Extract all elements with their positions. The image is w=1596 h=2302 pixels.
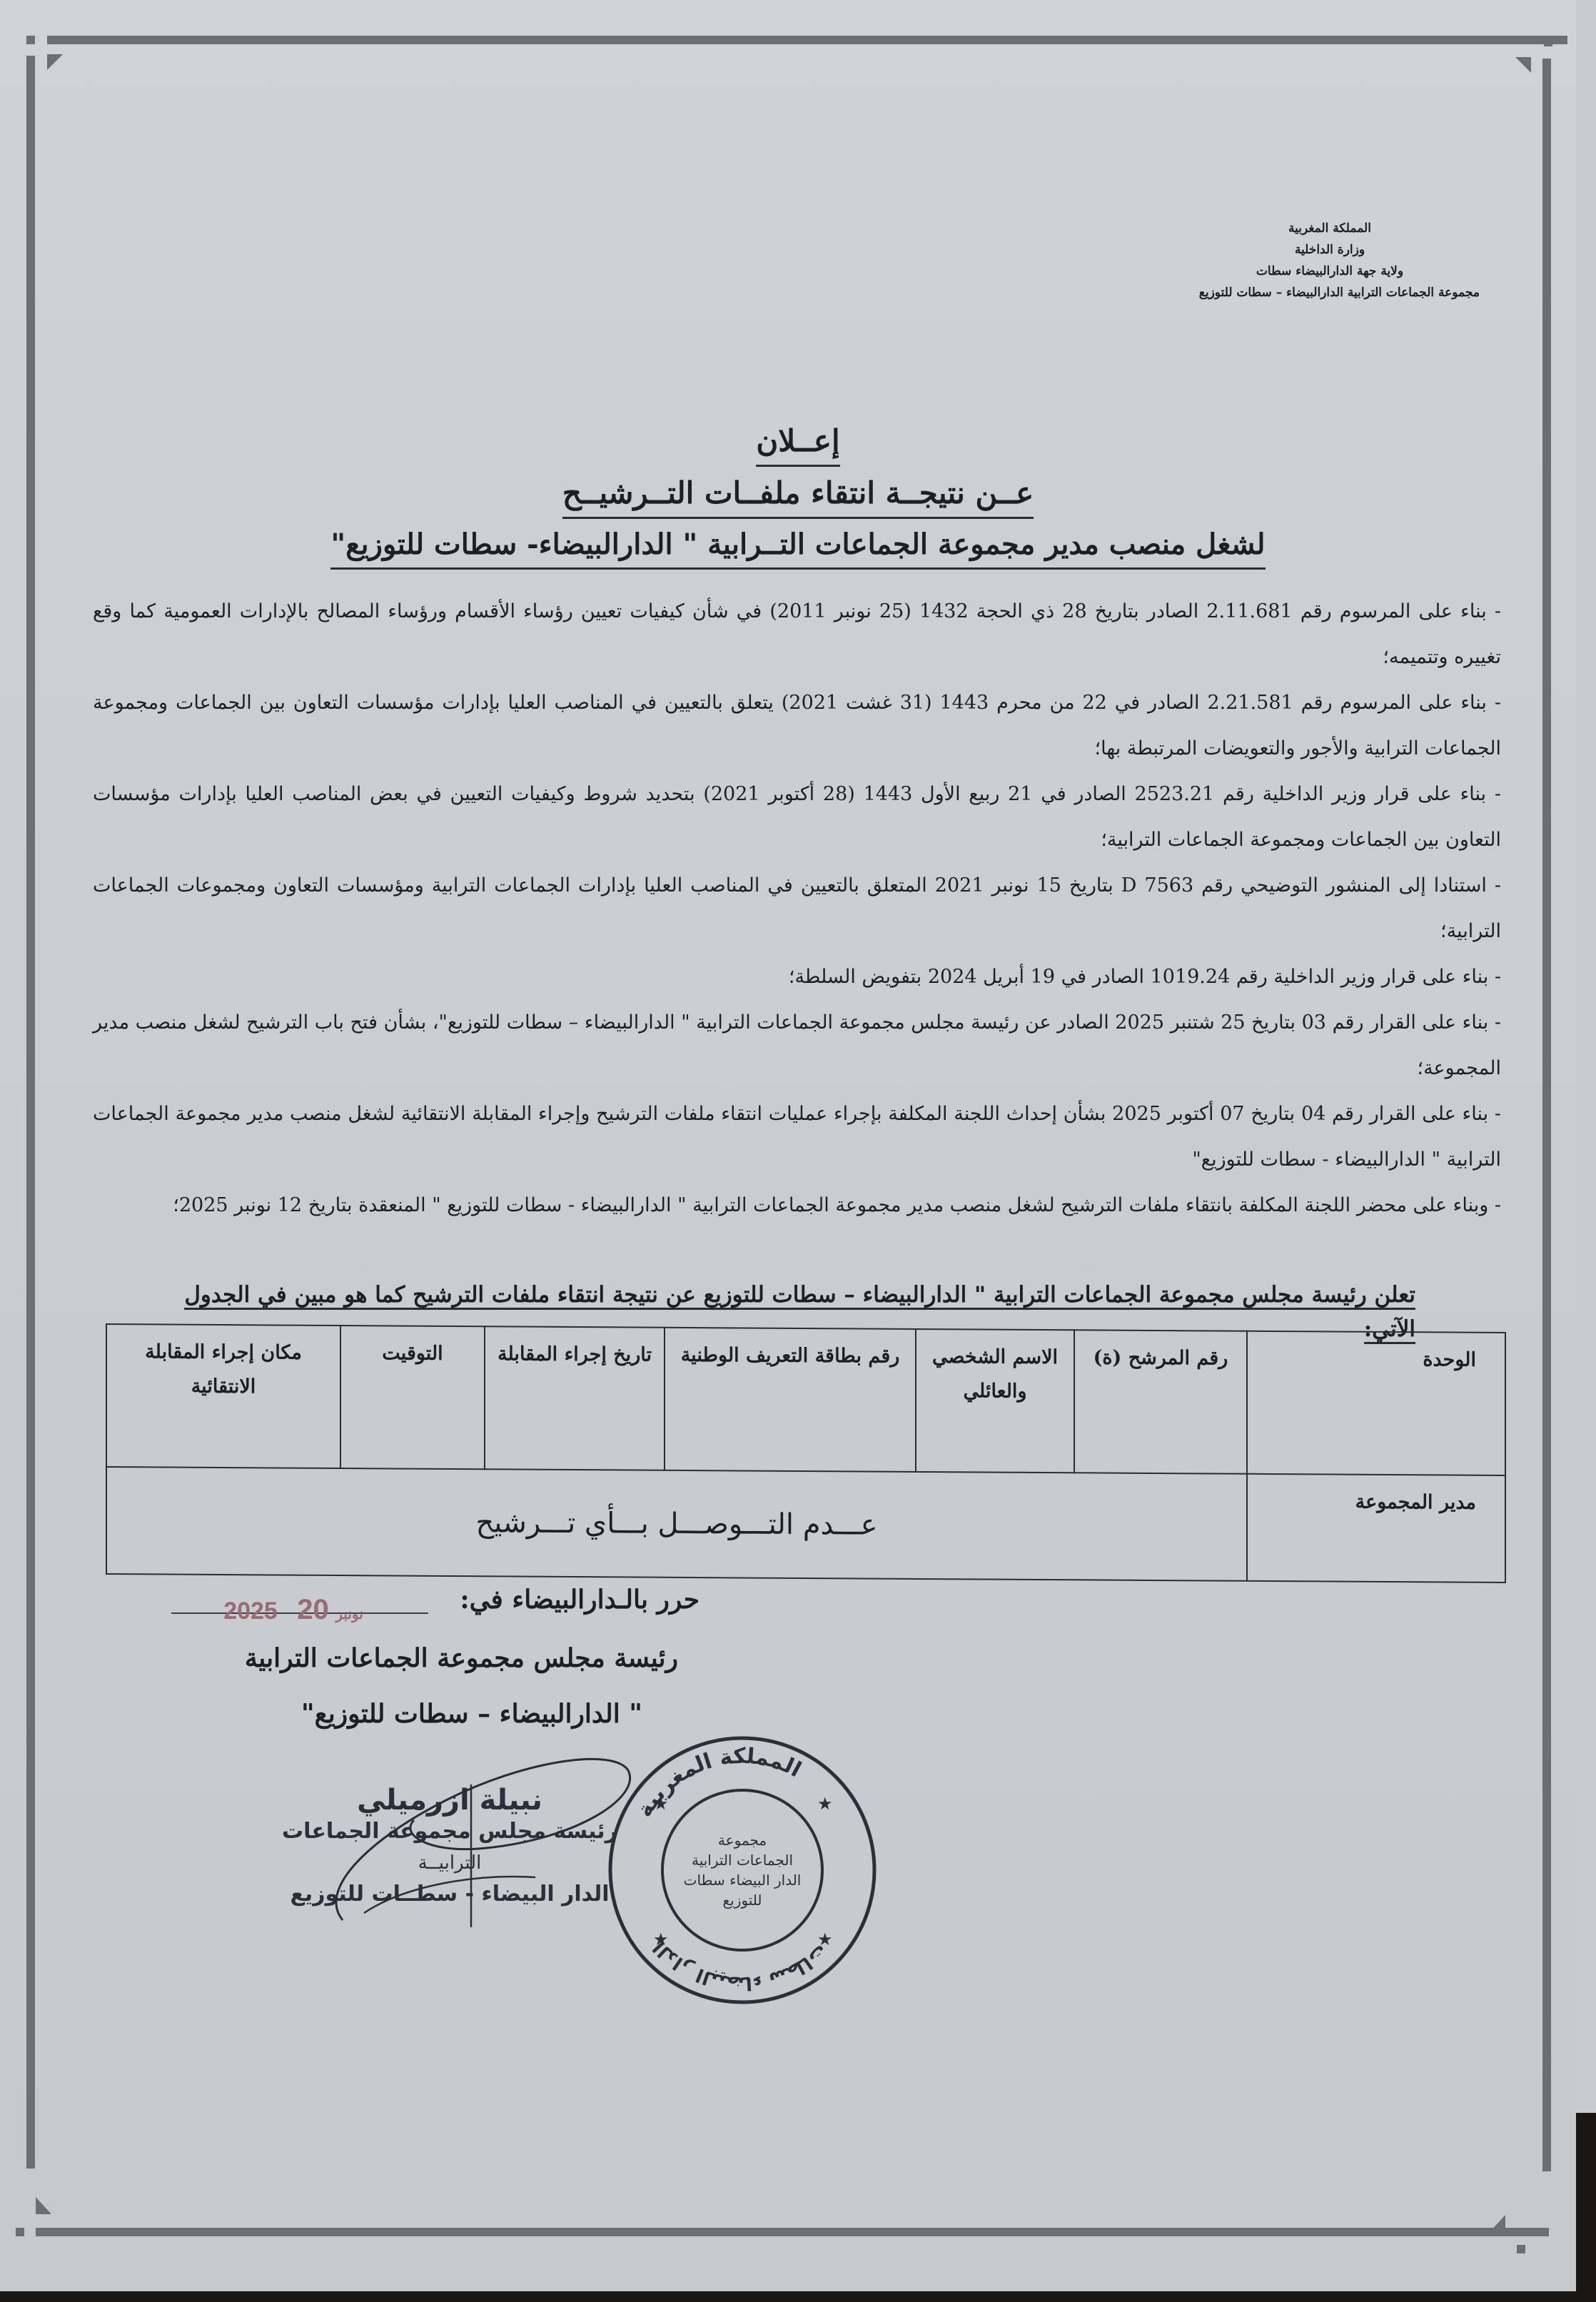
reference-paragraph: - بناء على قرار وزير الداخلية رقم 2523.2… bbox=[93, 772, 1501, 863]
issuer-header: المملكة المغربية وزارة الداخلية ولاية جه… bbox=[1180, 218, 1480, 303]
date-stamp-month: نونبر bbox=[335, 1607, 363, 1622]
frame-corner-triangle bbox=[47, 54, 63, 70]
reference-paragraph: - بناء على المرسوم رقم 2.21.581 الصادر ف… bbox=[93, 680, 1501, 772]
column-header-full-name: الاسم الشخصي والعائلي bbox=[916, 1329, 1074, 1473]
results-table: الوحدة رقم المرشح (ة) الاسم الشخصي والعا… bbox=[106, 1323, 1506, 1583]
photo-background-edge bbox=[1576, 2113, 1596, 2302]
date-stamp: 2025 نونبر 20 bbox=[171, 1584, 428, 1614]
table-row: مدير المجموعة عـــدم التـــوصـــل بـــأي… bbox=[106, 1467, 1505, 1582]
signed-at-label: حرر بالـدارالبيضاء في: bbox=[460, 1574, 699, 1625]
frame-bottom-line bbox=[36, 2228, 1549, 2236]
column-header-time: التوقيت bbox=[340, 1326, 485, 1469]
seal-inner-text: الجماعات الترابية bbox=[692, 1852, 793, 1869]
header-line-wilaya: ولاية جهة الدارالبيضاء سطات bbox=[1180, 261, 1480, 282]
cell-unit: مدير المجموعة bbox=[1247, 1474, 1505, 1582]
frame-corner-top-right bbox=[1544, 38, 1552, 46]
frame-left-line bbox=[26, 56, 35, 2169]
svg-text:★: ★ bbox=[817, 1929, 833, 1949]
reference-paragraph: - استنادا إلى المنشور التوضيحي رقم D 756… bbox=[93, 863, 1501, 954]
seal-inner-text: الدار البيضاء سطات bbox=[684, 1872, 802, 1889]
reference-paragraph: - بناء على القرار رقم 04 بتاريخ 07 أكتوب… bbox=[93, 1091, 1501, 1183]
frame-corner-top-left bbox=[26, 36, 35, 44]
legal-references: - بناء على المرسوم رقم 2.11.681 الصادر ب… bbox=[93, 589, 1501, 1228]
header-line-kingdom: المملكة المغربية bbox=[1180, 218, 1480, 239]
page-title: إعــلان bbox=[756, 418, 839, 467]
date-stamp-year: 2025 bbox=[223, 1597, 278, 1625]
frame-top-line bbox=[47, 36, 1567, 44]
signatory-role: رئيسة مجلس مجموعة الجماعات الترابية bbox=[245, 1632, 678, 1684]
svg-text:★: ★ bbox=[817, 1794, 833, 1814]
table-header-row: الوحدة رقم المرشح (ة) الاسم الشخصي والعا… bbox=[106, 1324, 1505, 1475]
document-page: المملكة المغربية وزارة الداخلية ولاية جه… bbox=[0, 0, 1576, 2291]
seal-inner-text: مجموعة bbox=[718, 1832, 767, 1849]
svg-text:★: ★ bbox=[653, 1794, 669, 1814]
title-block: إعــلان عــن نتيجــة انتقاء ملفــات التـ… bbox=[0, 418, 1596, 570]
column-header-interview-date: تاريخ إجراء المقابلة bbox=[485, 1326, 665, 1470]
photo-background-edge bbox=[0, 2291, 1596, 2302]
reference-paragraph: - بناء على القرار رقم 03 بتاريخ 25 شتنبر… bbox=[93, 1000, 1501, 1091]
frame-corner-triangle bbox=[1515, 57, 1531, 73]
column-header-national-id: رقم بطاقة التعريف الوطنية bbox=[665, 1328, 916, 1472]
reference-paragraph: - بناء على المرسوم رقم 2.11.681 الصادر ب… bbox=[93, 589, 1501, 680]
frame-corner-bottom-left bbox=[16, 2228, 24, 2236]
position-title: لشغل منصب مدير مجموعة الجماعات التــرابي… bbox=[330, 522, 1265, 570]
reference-paragraph: - وبناء على محضر اللجنة المكلفة بانتقاء … bbox=[93, 1183, 1501, 1228]
svg-text:★: ★ bbox=[653, 1929, 669, 1949]
reference-paragraph: - بناء على قرار وزير الداخلية رقم 1019.2… bbox=[93, 954, 1501, 1000]
date-stamp-day: 20 bbox=[297, 1594, 329, 1625]
header-line-ministry: وزارة الداخلية bbox=[1180, 239, 1480, 261]
column-header-candidate-number: رقم المرشح (ة) bbox=[1074, 1330, 1247, 1473]
frame-right-line bbox=[1542, 59, 1551, 2171]
column-header-unit: الوحدة bbox=[1247, 1331, 1505, 1475]
seal-inner-text: للتوزيع bbox=[723, 1892, 762, 1909]
cell-result-no-candidates: عـــدم التـــوصـــل بـــأي تـــرشيح bbox=[106, 1467, 1247, 1581]
header-line-group: مجموعة الجماعات الترابية الدارالبيضاء – … bbox=[1180, 282, 1480, 303]
frame-corner-triangle bbox=[1490, 2215, 1505, 2232]
official-seal-icon: المملكة المغربية الدار البيضاء سطات ★ ★ … bbox=[603, 1731, 882, 2009]
frame-corner-triangle bbox=[36, 2197, 51, 2214]
frame-corner-bottom-right bbox=[1517, 2245, 1525, 2253]
signatory-entity: " الدارالبيضاء – سطات للتوزيع" bbox=[301, 1688, 642, 1740]
page-subtitle: عــن نتيجــة انتقاء ملفــات التــرشيــح bbox=[562, 470, 1034, 519]
column-header-interview-location: مكان إجراء المقابلة الانتقائية bbox=[106, 1324, 340, 1468]
